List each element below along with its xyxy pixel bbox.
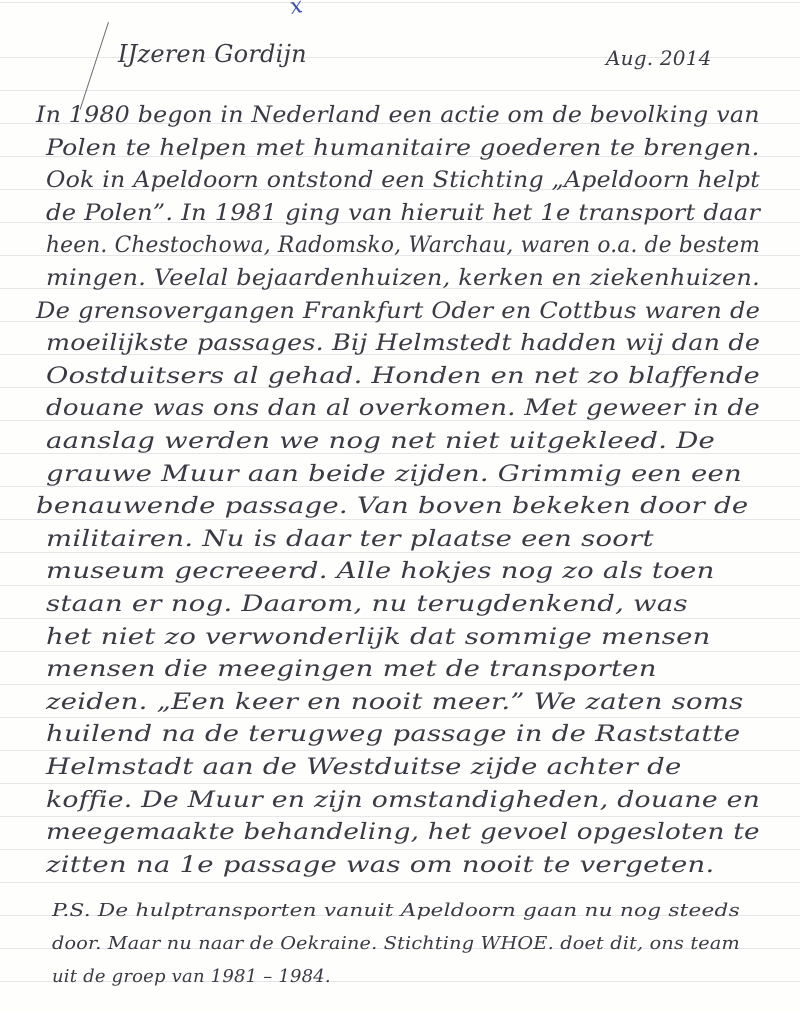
handwritten-line: museum gecreeerd. Alle hokjes nog zo als… <box>46 559 715 584</box>
handwritten-line: moeilijkste passages. Bij Helmstedt hadd… <box>46 331 760 356</box>
document-title: IJzeren Gordijn <box>118 40 307 68</box>
handwritten-line: mensen die meegingen met de transporten <box>46 657 657 682</box>
handwritten-line: Polen te helpen met humanitaire goederen… <box>46 136 760 161</box>
document-date: Aug. 2014 <box>606 46 712 70</box>
handwritten-line: Helmstadt aan de Westduitse zijde achter… <box>46 755 681 780</box>
postscript-line: door. Maar nu naar de Oekraine. Stichtin… <box>52 933 740 954</box>
lined-paper-page: x IJzeren Gordijn Aug. 2014 In 1980 bego… <box>0 0 800 1012</box>
handwritten-line: mingen. Veelal bejaardenhuizen, kerken e… <box>46 266 760 291</box>
handwritten-line: de Polen”. In 1981 ging van hieruit het … <box>46 201 760 226</box>
handwritten-line: Oostduitsers al gehad. Honden en net zo … <box>46 364 760 389</box>
corner-pen-mark: x <box>288 0 305 20</box>
postscript-line: uit de groep van 1981 – 1984. <box>52 966 331 987</box>
handwritten-line: militairen. Nu is daar ter plaatse een s… <box>46 527 654 552</box>
handwritten-line: huilend na de terugweg passage in de Ras… <box>46 722 740 747</box>
handwritten-line: heen. Chestochowa, Radomsko, Warchau, wa… <box>46 233 760 258</box>
handwritten-line: Ook in Apeldoorn ontstond een Stichting … <box>46 168 760 193</box>
handwritten-line: het niet zo verwonderlijk dat sommige me… <box>46 625 711 650</box>
handwritten-line: benauwende passage. Van boven bekeken do… <box>36 494 748 519</box>
handwritten-line: grauwe Muur aan beide zijden. Grimmig ee… <box>46 462 742 487</box>
handwritten-line: aanslag werden we nog net niet uitgeklee… <box>46 429 715 454</box>
postscript-line: P.S. De hulptransporten vanuit Apeldoorn… <box>52 900 740 921</box>
handwritten-line: In 1980 begon in Nederland een actie om … <box>36 103 760 128</box>
pen-stroke <box>80 22 109 110</box>
handwritten-line: koffie. De Muur en zijn omstandigheden, … <box>46 788 760 813</box>
handwritten-line: meegemaakte behandeling, het gevoel opge… <box>46 820 760 845</box>
handwritten-line: De grensovergangen Frankfurt Oder en Cot… <box>36 299 760 324</box>
handwritten-line: douane was ons dan al overkomen. Met gew… <box>46 396 760 421</box>
handwritten-line: zeiden. „Een keer en nooit meer.” We zat… <box>46 690 744 715</box>
handwritten-line: zitten na 1e passage was om nooit te ver… <box>46 853 714 878</box>
handwritten-line: staan er nog. Daarom, nu terugdenkend, w… <box>46 592 688 617</box>
